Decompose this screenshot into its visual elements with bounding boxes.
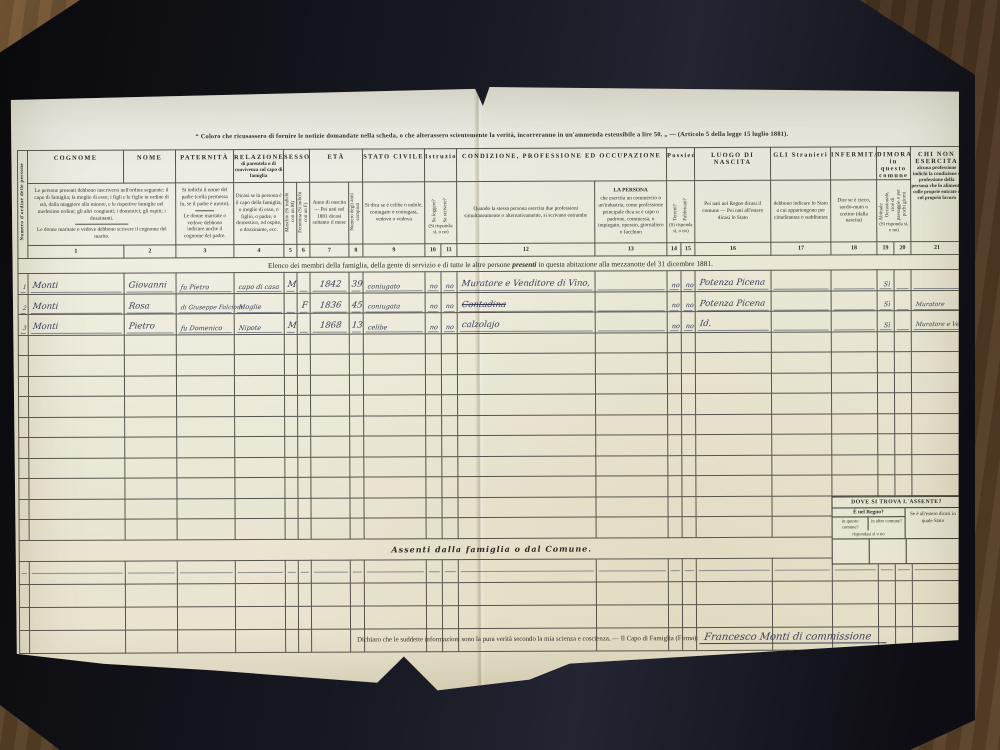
col-header-relazione: RELAZIONE di parentela o di convivenza c… bbox=[233, 149, 283, 182]
header-title-row: Numero d'ordine delle persone COGNOME NO… bbox=[17, 146, 962, 183]
col-header-condizione: CONDIZIONE, PROFESSIONE ED OCCUPAZIONE bbox=[456, 148, 666, 182]
col-header-row-number: Numero d'ordine delle persone bbox=[17, 151, 27, 259]
dove-questo-comune: in questo comune? bbox=[833, 517, 869, 530]
cell-paternita: di Giuseppe Falcioni bbox=[178, 305, 243, 312]
photo-of-census-sheet: “ Coloro che ricusassero di fornire le n… bbox=[0, 0, 1000, 750]
dove-empty-grid bbox=[833, 538, 961, 563]
cell-dimora-abituale: Sì bbox=[881, 301, 890, 309]
cell-row-number: 2 bbox=[20, 306, 27, 313]
cell-row-number: 3 bbox=[20, 326, 27, 333]
col-header-dimora: DIMORA in questo comune bbox=[877, 147, 911, 180]
col-header-infermita: INFERMITÀ bbox=[831, 147, 877, 180]
desc-stranieri: debbono indicare lo Stato a cui apparten… bbox=[771, 180, 831, 242]
census-form-paper: “ Coloro che ricusassero di fornire le n… bbox=[7, 82, 968, 694]
cell-fabbricati: no bbox=[683, 323, 694, 331]
cell-maschio: M bbox=[285, 322, 297, 332]
cell-maschio: M bbox=[285, 281, 297, 291]
desc-anni-compiuti: Numero degli anni compiuti bbox=[349, 182, 363, 244]
col-header-chi-non-esercita: CHI NON ESERCITA alcuna professione indi… bbox=[911, 146, 963, 241]
cell-fabbricati: no bbox=[683, 302, 694, 310]
cell-dimora-abituale: Sì bbox=[881, 281, 890, 289]
cell-femmina: F bbox=[299, 302, 308, 312]
cell-sa-leggere: no bbox=[428, 283, 439, 291]
cell-fabbricati: no bbox=[683, 282, 694, 290]
cell-paternita: fu Domenico bbox=[178, 325, 223, 333]
dove-si-trova-assente-box: DOVE SI TROVA L'ASSENTE? È nel Regno? in… bbox=[831, 496, 961, 564]
dove-estero-column: Se è all'estero dicasi in quale Stato bbox=[905, 508, 960, 538]
col-header-luogo-nascita: LUOGO DI NASCITA bbox=[695, 147, 771, 180]
col-header-stato-civile: STATO CIVILE bbox=[362, 149, 424, 182]
cell-cognome: Monti bbox=[30, 282, 59, 292]
col-header-possiede: Possiede bbox=[667, 148, 695, 181]
cell-dimora-abituale: Sì bbox=[881, 322, 890, 330]
dove-altro-comune: in altro comune? bbox=[869, 517, 904, 530]
cell-relazione: Moglie bbox=[236, 304, 262, 312]
cell-sa-scrivere: no bbox=[444, 283, 455, 291]
cell-luogo-nascita: Potenza Picena bbox=[697, 279, 766, 289]
dove-regno-column: È nel Regno? in questo comune? in altro … bbox=[833, 508, 906, 538]
desc-sesso-maschio: Maschio (Si indichi con un M) bbox=[284, 182, 297, 244]
desc-relazione: Dicasi se la persona è il capo della fam… bbox=[234, 182, 284, 244]
cell-sa-leggere: no bbox=[428, 324, 439, 332]
cell-stato-civile: celibe bbox=[365, 324, 388, 332]
cell-professione: Muratore e Venditore di Vino, bbox=[459, 280, 591, 290]
dove-regno-note: rispondasi sì o no bbox=[833, 530, 905, 538]
dove-box-title: DOVE SI TROVA L'ASSENTE? bbox=[832, 497, 960, 509]
cell-nome: Giovanni bbox=[126, 282, 167, 292]
cell-terreni: no bbox=[669, 302, 680, 310]
cell-paternita: fu Pietro bbox=[178, 284, 209, 292]
census-table: Numero d'ordine delle persone COGNOME NO… bbox=[17, 146, 965, 654]
cell-anni: 13 bbox=[349, 322, 363, 332]
cell-nome: Pietro bbox=[126, 323, 155, 333]
col-header-stranieri: GLI Stranieri bbox=[771, 147, 831, 180]
cell-professione: calzolajo bbox=[459, 321, 500, 331]
desc-paternita: Si indichi il nome del padre (colla prem… bbox=[176, 183, 234, 245]
cell-cognome: Monti bbox=[30, 323, 59, 333]
cell-sa-leggere: no bbox=[428, 303, 439, 311]
declaration-line: Dichiaro che le suddette informazioni so… bbox=[357, 631, 887, 645]
header-desc-row: Le persone presenti debbono inscriversi … bbox=[18, 179, 963, 245]
legal-warning-note: “ Coloro che ricusassero di fornire le n… bbox=[112, 130, 872, 140]
cell-terreni: no bbox=[669, 323, 680, 331]
desc-possiede: Terreni?Fabbricati? (Si risponda sì, o n… bbox=[667, 181, 695, 243]
desc-condizione: Quando la stessa persona esercita due pr… bbox=[457, 181, 595, 244]
cell-terreni: no bbox=[669, 282, 680, 290]
col-header-sesso: SESSO bbox=[283, 149, 309, 182]
cell-anni: 39 bbox=[349, 281, 363, 291]
cell-anno-nascita: 1842 bbox=[317, 281, 342, 291]
desc-sesso-femmina: Femmina (Si indichi con un F) bbox=[297, 182, 310, 244]
desc-cognome-nome: Le persone presenti debbono inscriversi … bbox=[28, 183, 176, 246]
desc-la-persona: LA PERSONA che esercita un commercio o u… bbox=[595, 181, 667, 243]
cell-luogo-nascita: Potenza Picena bbox=[697, 300, 766, 310]
cell-sa-scrivere: no bbox=[444, 303, 455, 311]
cell-row-number: 1 bbox=[20, 285, 27, 292]
desc-dimora: AbitualeOccasionale, cioè di passaggio o… bbox=[877, 180, 911, 242]
cell-stato-civile: coniugata bbox=[365, 304, 400, 312]
col-header-istruzione: Istruzione bbox=[424, 149, 456, 182]
col-header-nome: NOME bbox=[123, 150, 175, 183]
col-header-paternita: PATERNITÀ bbox=[175, 150, 233, 183]
cell-anni: 45 bbox=[349, 301, 363, 311]
desc-istruzione: Sa leggere?Sa scrivere? (Si risponda: sì… bbox=[425, 182, 457, 244]
cell-nome: Rosa bbox=[126, 302, 150, 312]
col-header-cognome: COGNOME bbox=[27, 150, 123, 183]
cell-cognome: Monti bbox=[30, 303, 59, 313]
cell-anno-nascita: 1868 bbox=[317, 322, 342, 332]
desc-stato-civile: Si dica se è celibe o nubile, coniugato … bbox=[363, 182, 425, 244]
cell-relazione: capo di casa bbox=[236, 284, 280, 292]
declaration-text: Dichiaro che le suddette informazioni so… bbox=[357, 635, 698, 643]
census-table-area: Numero d'ordine delle persone COGNOME NO… bbox=[17, 146, 965, 654]
cell-chi-non-esercita: Muratore bbox=[913, 302, 945, 309]
col-header-eta: ETÀ bbox=[309, 149, 362, 182]
cell-luogo-nascita: Id. bbox=[697, 320, 712, 330]
cell-sa-scrivere: no bbox=[444, 324, 455, 332]
cell-professione-struck: Contadina bbox=[459, 301, 506, 311]
cell-relazione: Nipote bbox=[236, 325, 261, 333]
head-of-family-signature: Francesco Monti di commissione bbox=[699, 631, 888, 644]
desc-anno-nascita: Anno di nascita — Pei nati nel 1881 dica… bbox=[310, 182, 349, 244]
desc-infermita: Dire se è cieco, sordo-muto o cretino (d… bbox=[831, 180, 877, 242]
desc-luogo-nascita: Pei nati nel Regno dicasi il comune — Pe… bbox=[695, 180, 771, 242]
cell-anno-nascita: 1836 bbox=[317, 301, 342, 311]
cell-stato-civile: coniugato bbox=[365, 283, 400, 291]
